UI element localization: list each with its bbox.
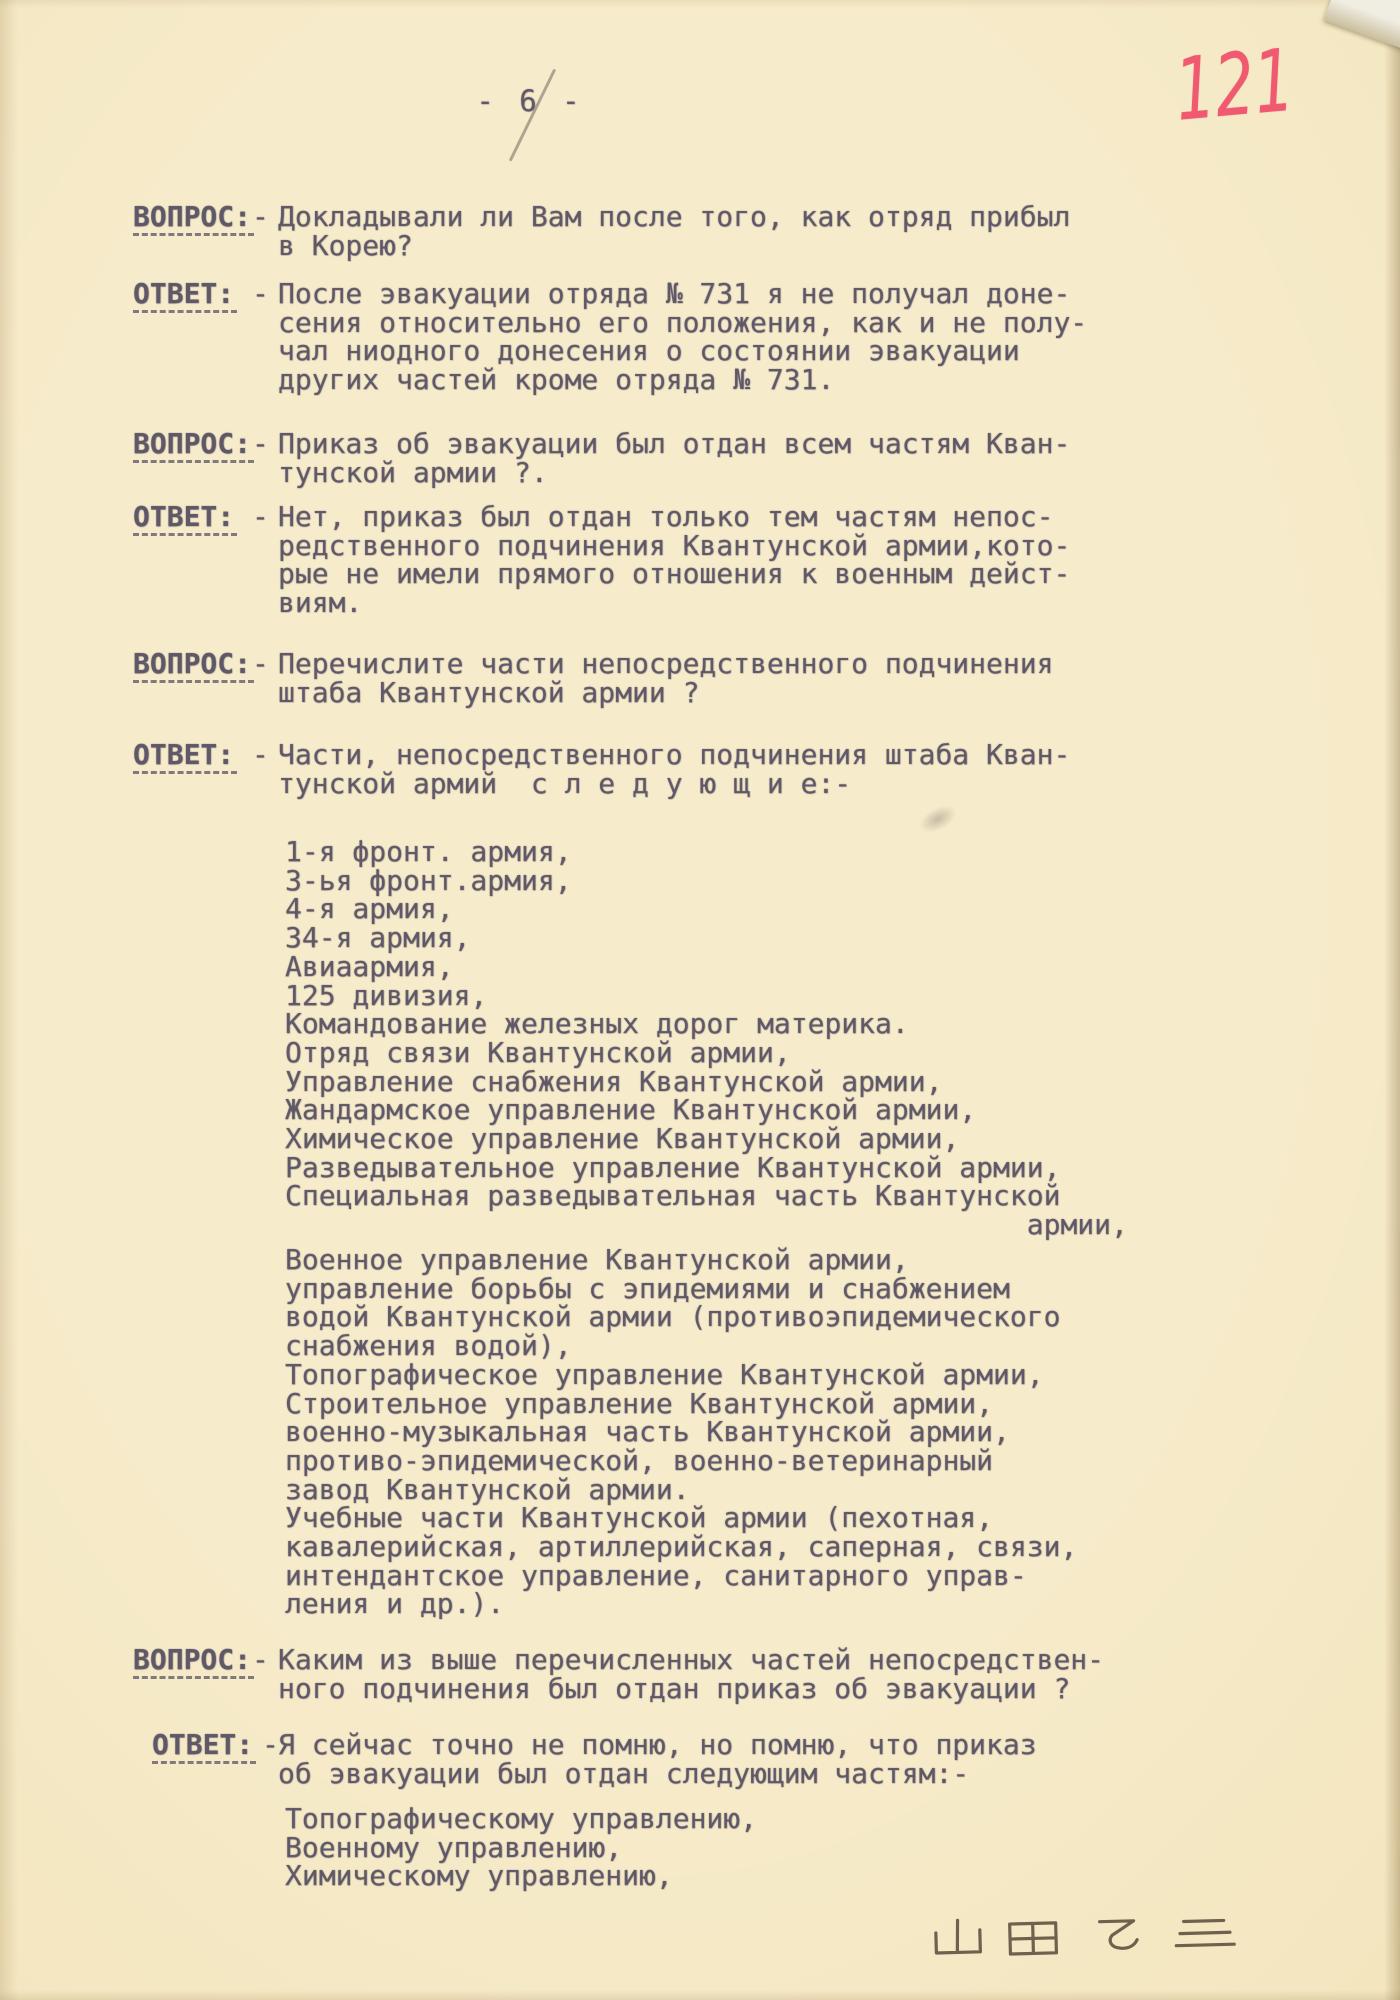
answer-label: ОТВЕТ: [133,741,237,774]
units-list-evacuation-order: Топографическому управлению, Военному уп… [285,1805,757,1891]
units-list-primary: 1-я фронт. армия, 3-ья фронт.армия, 4-я … [285,838,1128,1240]
answer-label: ОТВЕТ: [152,1731,256,1764]
question-label: ВОПРОС: [133,650,254,683]
answer-dash: - [252,503,269,532]
question-label: ВОПРОС: [133,203,254,236]
answer-dash: - [252,280,269,309]
page-corner-fold [1324,0,1400,49]
question-text: Приказ об эвакуации был отдан всем частя… [278,430,1070,487]
question-text: Перечислите части непосредственного подч… [278,650,1053,707]
archive-page-number: 121 [1172,38,1297,134]
handwritten-signature-yamada-otozo [927,1908,1248,1964]
answer-label: ОТВЕТ: [133,280,237,313]
question-dash: - [252,650,269,679]
signature-strokes [927,1908,1248,1964]
units-list-secondary: Военное управление Квантунской армии, уп… [285,1246,1077,1619]
question-dash: - [252,430,269,459]
answer-dash: - [252,741,269,770]
question-text: Каким из выше перечисленных частей непос… [278,1646,1104,1703]
pencil-smudge [915,800,961,838]
answer-text: Части, непосредственного подчинения штаб… [278,741,1070,798]
answer-label: ОТВЕТ: [133,503,237,536]
question-dash: - [252,1646,269,1675]
answer-text: После эвакуации отряда № 731 я не получа… [278,280,1087,395]
answer-text: Я сейчас точно не помню, но помню, что п… [278,1731,1037,1788]
answer-text: Нет, приказ был отдан только тем частям … [278,503,1070,618]
question-text: Докладывали ли Вам после того, как отряд… [278,203,1070,260]
question-label: ВОПРОС: [133,430,254,463]
page-number-header: - 6 - [455,84,605,118]
question-dash: - [252,203,269,232]
question-label: ВОПРОС: [133,1646,254,1679]
answer-dash: - [262,1731,279,1760]
scanned-interrogation-protocol-page: - 6 - 121 ВОПРОС: - Докладывали ли Вам п… [0,0,1400,2000]
